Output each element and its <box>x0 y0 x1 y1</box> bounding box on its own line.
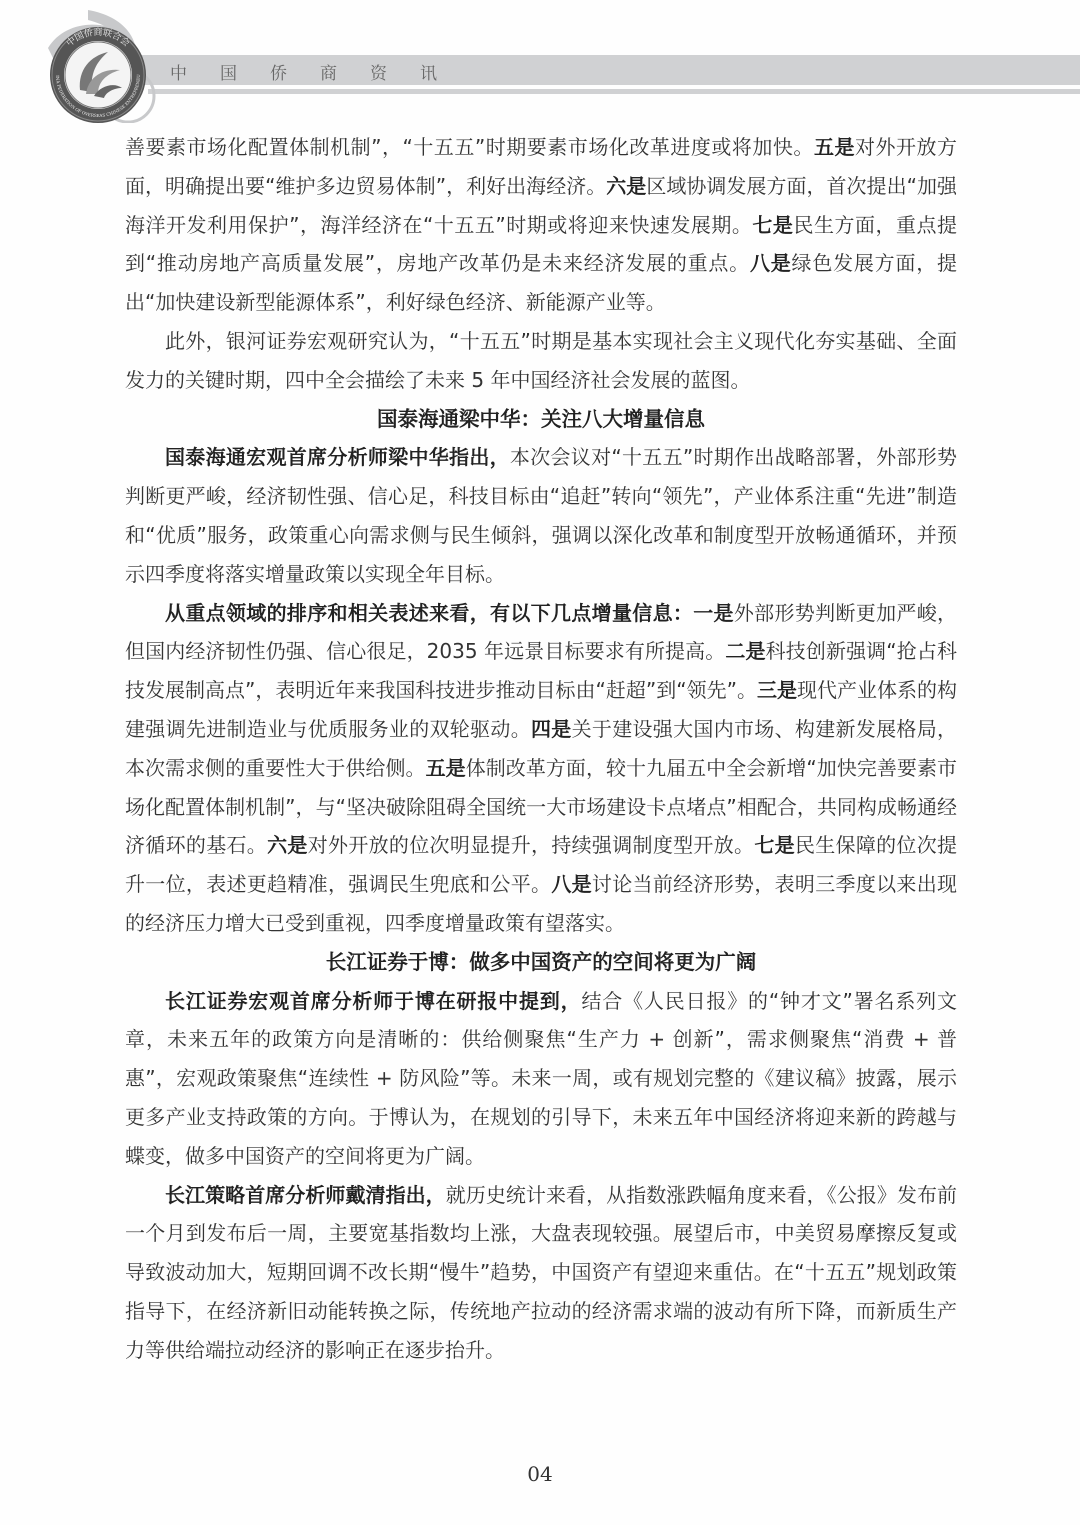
section-heading: 国泰海通梁中华：关注八大增量信息 <box>125 400 957 439</box>
article-body: 善要素市场化配置体制机制”，“十五五”时期要素市场化改革进度或将加快。五是对外开… <box>125 128 957 1370</box>
title-char: 资 <box>370 59 420 84</box>
paragraph: 国泰海通宏观首席分析师梁中华指出，本次会议对“十五五”时期作出战略部署，外部形势… <box>125 438 957 593</box>
paragraph: 善要素市场化配置体制机制”，“十五五”时期要素市场化改革进度或将加快。五是对外开… <box>125 128 957 322</box>
publication-title: 中 国 侨 商 资 讯 <box>170 57 470 85</box>
header-rule <box>148 89 1080 94</box>
paragraph: 长江策略首席分析师戴清指出，就历史统计来看，从指数涨跌幅角度来看，《公报》发布前… <box>125 1176 957 1370</box>
title-char: 讯 <box>420 59 470 84</box>
page-number: 04 <box>0 1462 1080 1486</box>
title-char: 商 <box>320 59 370 84</box>
title-char: 国 <box>220 59 270 84</box>
title-char: 中 <box>170 59 220 84</box>
paragraph: 此外，银河证券宏观研究认为，“十五五”时期是基本实现社会主义现代化夯实基础、全面… <box>125 322 957 400</box>
paragraph: 从重点领域的排序和相关表述来看，有以下几点增量信息：一是外部形势判断更加严峻，但… <box>125 594 957 943</box>
title-char: 侨 <box>270 59 320 84</box>
section-heading: 长江证券于博：做多中国资产的空间将更为广阔 <box>125 943 957 982</box>
federation-logo-icon: 中国侨商联合会 CHINA FEDERATION OF OVERSEAS CHI… <box>28 8 158 123</box>
paragraph: 长江证券宏观首席分析师于博在研报中提到，结合《人民日报》的“钟才文”署名系列文章… <box>125 982 957 1176</box>
